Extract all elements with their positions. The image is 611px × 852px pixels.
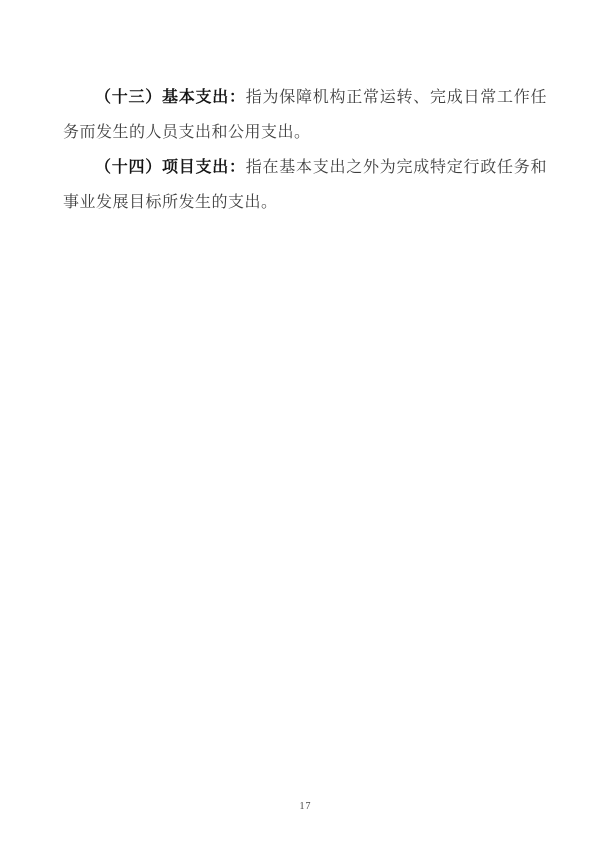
- paragraph-label: （十三）基本支出：: [95, 89, 246, 106]
- document-page: （十三）基本支出：指为保障机构正常运转、完成日常工作任务而发生的人员支出和公用支…: [0, 0, 611, 852]
- page-footer: 17: [0, 796, 611, 814]
- document-body: （十三）基本支出：指为保障机构正常运转、完成日常工作任务而发生的人员支出和公用支…: [63, 80, 547, 220]
- page-number: 17: [300, 801, 312, 812]
- paragraph-project-expenditure: （十四）项目支出：指在基本支出之外为完成特定行政任务和事业发展目标所发生的支出。: [63, 150, 547, 220]
- paragraph-basic-expenditure: （十三）基本支出：指为保障机构正常运转、完成日常工作任务而发生的人员支出和公用支…: [63, 80, 547, 150]
- paragraph-label: （十四）项目支出：: [95, 159, 246, 176]
